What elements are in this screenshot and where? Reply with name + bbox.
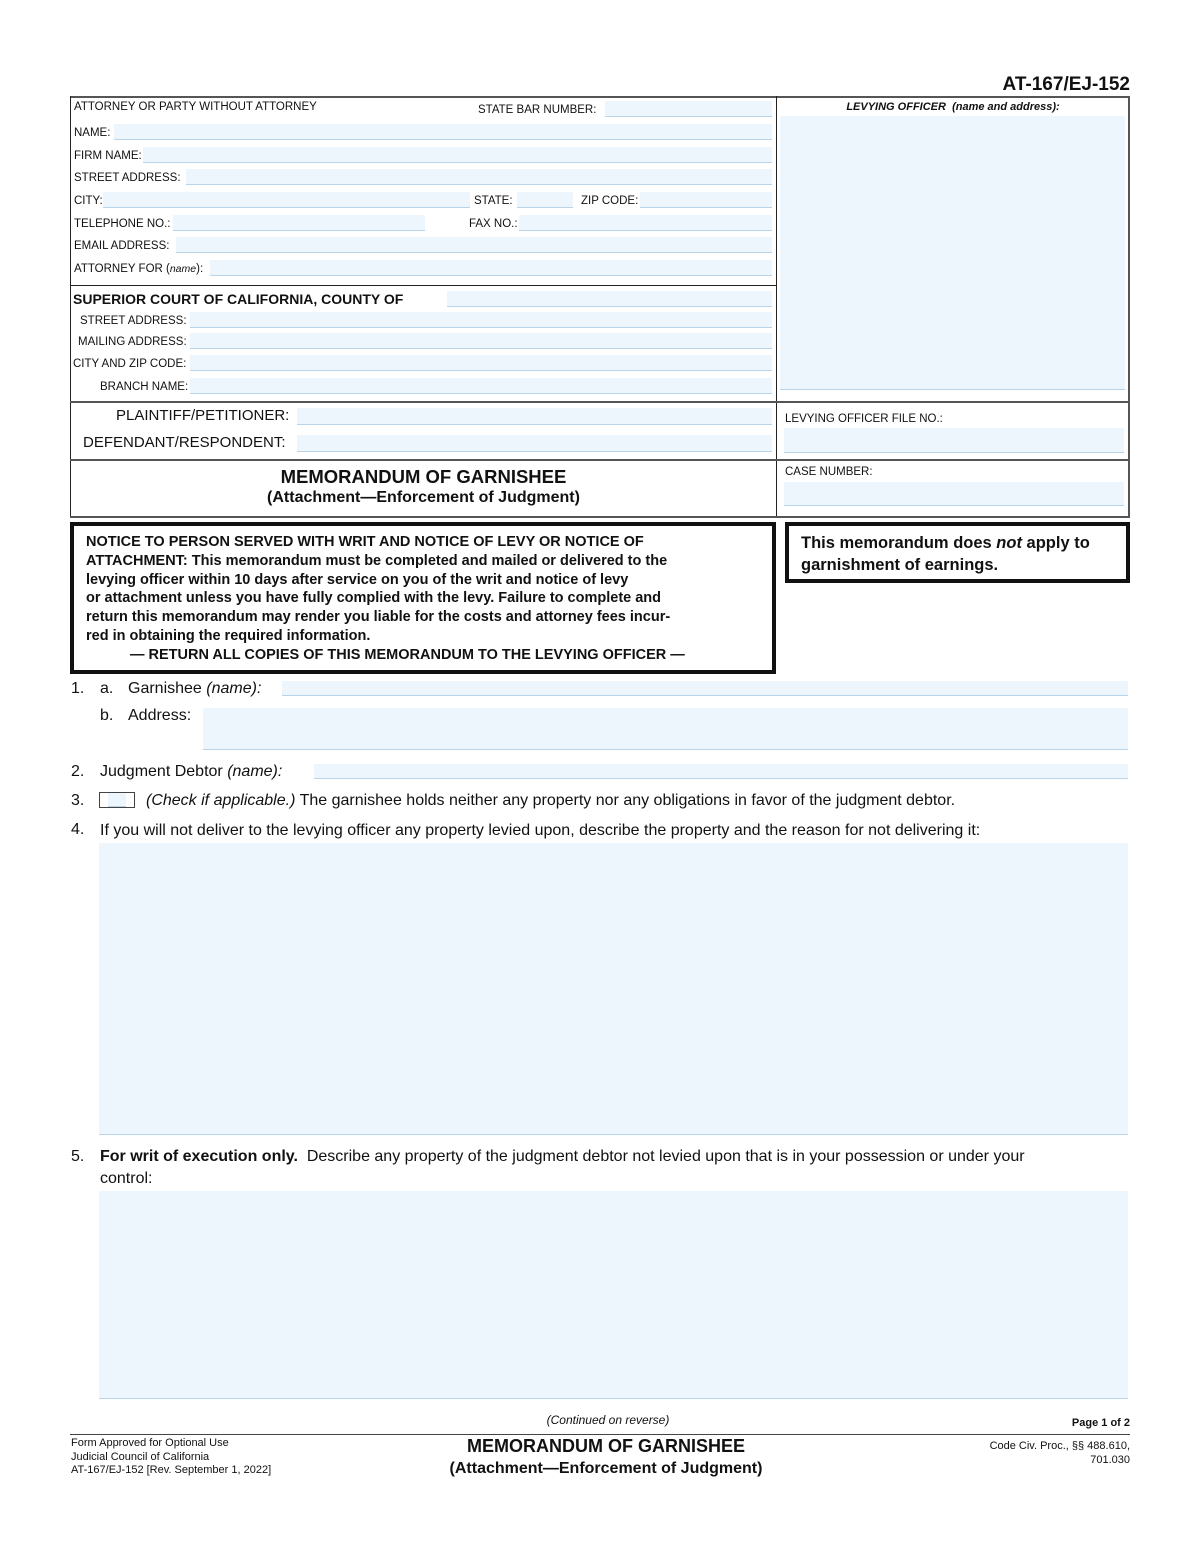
attorney-for-field[interactable] xyxy=(210,260,772,276)
footer-left: Form Approved for Optional Use Judicial … xyxy=(71,1437,271,1478)
city-label: CITY: xyxy=(74,194,103,208)
parties-title-divider xyxy=(70,459,1130,461)
city-field[interactable] xyxy=(103,192,470,208)
notice-line: NOTICE TO PERSON SERVED WITH WRIT AND NO… xyxy=(86,533,760,552)
item3-checkbox-fill xyxy=(108,793,126,807)
notice-text: NOTICE TO PERSON SERVED WITH WRIT AND NO… xyxy=(74,526,772,665)
item1a-label: Garnishee (name): xyxy=(128,679,261,699)
item5-text-line2: control: xyxy=(100,1169,152,1189)
notice-line: ATTACHMENT: This memorandum must be comp… xyxy=(86,552,760,571)
notice-line: return this memorandum may render you li… xyxy=(86,608,760,627)
defendant-label: DEFENDANT/RESPONDENT: xyxy=(83,434,286,451)
name-field[interactable] xyxy=(114,124,772,140)
notice-box: NOTICE TO PERSON SERVED WITH WRIT AND NO… xyxy=(70,522,776,674)
form-title: MEMORANDUM OF GARNISHEE xyxy=(70,466,777,488)
attorney-for-label: ATTORNEY FOR (name): xyxy=(74,262,203,276)
item1b-label: Address: xyxy=(128,706,191,726)
applicability-before: This memorandum does xyxy=(801,534,996,552)
footer-code: Code Civ. Proc., §§ 488.610, 701.030 xyxy=(990,1440,1130,1467)
item2-italic: (name): xyxy=(227,763,282,780)
item3-text-body: The garnishee holds neither any property… xyxy=(295,792,955,809)
court-city-zip-label: CITY AND ZIP CODE: xyxy=(73,357,186,371)
case-number-field[interactable] xyxy=(784,482,1124,506)
applicability-box: This memorandum does not apply to garnis… xyxy=(785,522,1130,583)
footer-code-line1: Code Civ. Proc., §§ 488.610, xyxy=(990,1440,1130,1454)
item5-text: For writ of execution only. Describe any… xyxy=(100,1147,1025,1167)
caption-left-border xyxy=(70,96,71,518)
levying-officer-file-field[interactable] xyxy=(784,428,1124,453)
telephone-field[interactable] xyxy=(173,215,425,231)
state-label: STATE: xyxy=(474,194,513,208)
footer-approval: Form Approved for Optional Use xyxy=(71,1437,271,1451)
item1-number: 1. xyxy=(71,679,84,699)
applicability-text: This memorandum does not apply to garnis… xyxy=(789,526,1126,576)
continued-note: (Continued on reverse) xyxy=(508,1413,708,1427)
item3-number: 3. xyxy=(71,791,84,811)
item2-number: 2. xyxy=(71,762,84,782)
name-label: NAME: xyxy=(74,126,110,140)
applicability-italic: not xyxy=(996,534,1022,552)
footer-title: MEMORANDUM OF GARNISHEE xyxy=(406,1436,806,1457)
garnishee-name-field[interactable] xyxy=(282,681,1128,696)
item1b-letter: b. xyxy=(100,706,113,726)
footer-subtitle: (Attachment—Enforcement of Judgment) xyxy=(406,1460,806,1478)
footer-revision: AT-167/EJ-152 [Rev. September 1, 2022] xyxy=(71,1464,271,1478)
judgment-debtor-field[interactable] xyxy=(314,764,1128,779)
item5-description-field[interactable] xyxy=(99,1191,1128,1399)
court-city-zip-field[interactable] xyxy=(190,355,772,371)
item4-text: If you will not deliver to the levying o… xyxy=(100,821,980,841)
case-number-label: CASE NUMBER: xyxy=(785,465,873,479)
fax-label: FAX NO.: xyxy=(469,217,518,231)
attorney-for-label-text: ATTORNEY FOR ( xyxy=(74,263,170,275)
court-mailing-label: MAILING ADDRESS: xyxy=(78,335,187,349)
court-street-field[interactable] xyxy=(190,312,772,328)
court-parties-divider xyxy=(70,401,1130,403)
court-branch-label: BRANCH NAME: xyxy=(100,380,188,394)
item5-number: 5. xyxy=(71,1147,84,1167)
caption-right-border xyxy=(1128,96,1130,518)
notice-line: levying officer within 10 days after ser… xyxy=(86,571,760,590)
item2-label: Judgment Debtor (name): xyxy=(100,762,282,782)
footer-code-line2: 701.030 xyxy=(990,1454,1130,1468)
attorney-header: ATTORNEY OR PARTY WITHOUT ATTORNEY xyxy=(74,100,317,114)
item1a-letter: a. xyxy=(100,679,113,699)
firm-name-label: FIRM NAME: xyxy=(74,149,142,163)
item4-description-field[interactable] xyxy=(99,843,1128,1135)
email-label: EMAIL ADDRESS: xyxy=(74,239,169,253)
notice-return-line: — RETURN ALL COPIES OF THIS MEMORANDUM T… xyxy=(86,646,760,665)
levying-officer-header-bold: LEVYING OFFICER xyxy=(846,101,946,113)
zip-field[interactable] xyxy=(640,192,772,208)
caption-bottom-border xyxy=(70,516,1130,518)
footer-council: Judicial Council of California xyxy=(71,1451,271,1465)
item3-italic: (Check if applicable.) xyxy=(146,792,295,809)
form-number: AT-167/EJ-152 xyxy=(1003,74,1130,96)
item4-number: 4. xyxy=(71,820,84,840)
levying-officer-header: LEVYING OFFICER (name and address): xyxy=(780,100,1126,114)
attorney-street-label: STREET ADDRESS: xyxy=(74,171,181,185)
garnishee-address-field[interactable] xyxy=(203,708,1128,750)
state-bar-field[interactable] xyxy=(605,101,772,117)
item1a-italic: (name): xyxy=(206,680,261,697)
court-street-label: STREET ADDRESS: xyxy=(80,314,187,328)
county-field[interactable] xyxy=(447,291,772,307)
caption-divider xyxy=(776,96,777,518)
item3-text: (Check if applicable.) The garnishee hol… xyxy=(146,791,955,811)
firm-name-field[interactable] xyxy=(143,147,772,163)
defendant-field[interactable] xyxy=(297,435,772,452)
email-field[interactable] xyxy=(176,237,772,253)
item3-checkbox[interactable] xyxy=(99,792,135,808)
attorney-street-field[interactable] xyxy=(186,169,772,185)
zip-label: ZIP CODE: xyxy=(581,194,638,208)
attorney-for-italic: name xyxy=(170,263,196,275)
state-bar-label: STATE BAR NUMBER: xyxy=(478,103,596,117)
item1a-label-text: Garnishee xyxy=(128,680,206,697)
attorney-for-suffix: ): xyxy=(196,263,203,275)
plaintiff-label: PLAINTIFF/PETITIONER: xyxy=(116,407,289,424)
caption-top-border xyxy=(70,96,1130,98)
fax-field[interactable] xyxy=(519,215,772,231)
applicability-line2: garnishment of earnings. xyxy=(801,556,998,574)
telephone-label: TELEPHONE NO.: xyxy=(74,217,171,231)
plaintiff-field[interactable] xyxy=(297,408,772,425)
levying-officer-field[interactable] xyxy=(780,116,1125,390)
state-field[interactable] xyxy=(517,192,573,208)
court-mailing-field[interactable] xyxy=(190,333,772,349)
court-branch-field[interactable] xyxy=(190,378,772,394)
attorney-court-divider xyxy=(70,285,777,286)
notice-line: red in obtaining the required informatio… xyxy=(86,627,760,646)
item5-bold: For writ of execution only. xyxy=(100,1148,298,1165)
levying-officer-file-label: LEVYING OFFICER FILE NO.: xyxy=(785,412,943,426)
court-header: SUPERIOR COURT OF CALIFORNIA, COUNTY OF xyxy=(73,291,403,307)
levying-officer-header-rest: (name and address): xyxy=(952,101,1060,113)
item2-label-text: Judgment Debtor xyxy=(100,763,227,780)
footer-rule xyxy=(70,1434,1130,1435)
applicability-after: apply to xyxy=(1022,534,1090,552)
item5-text-body: Describe any property of the judgment de… xyxy=(298,1148,1025,1165)
notice-line: or attachment unless you have fully comp… xyxy=(86,589,760,608)
form-subtitle: (Attachment—Enforcement of Judgment) xyxy=(70,489,777,507)
page-number: Page 1 of 2 xyxy=(1072,1417,1130,1429)
